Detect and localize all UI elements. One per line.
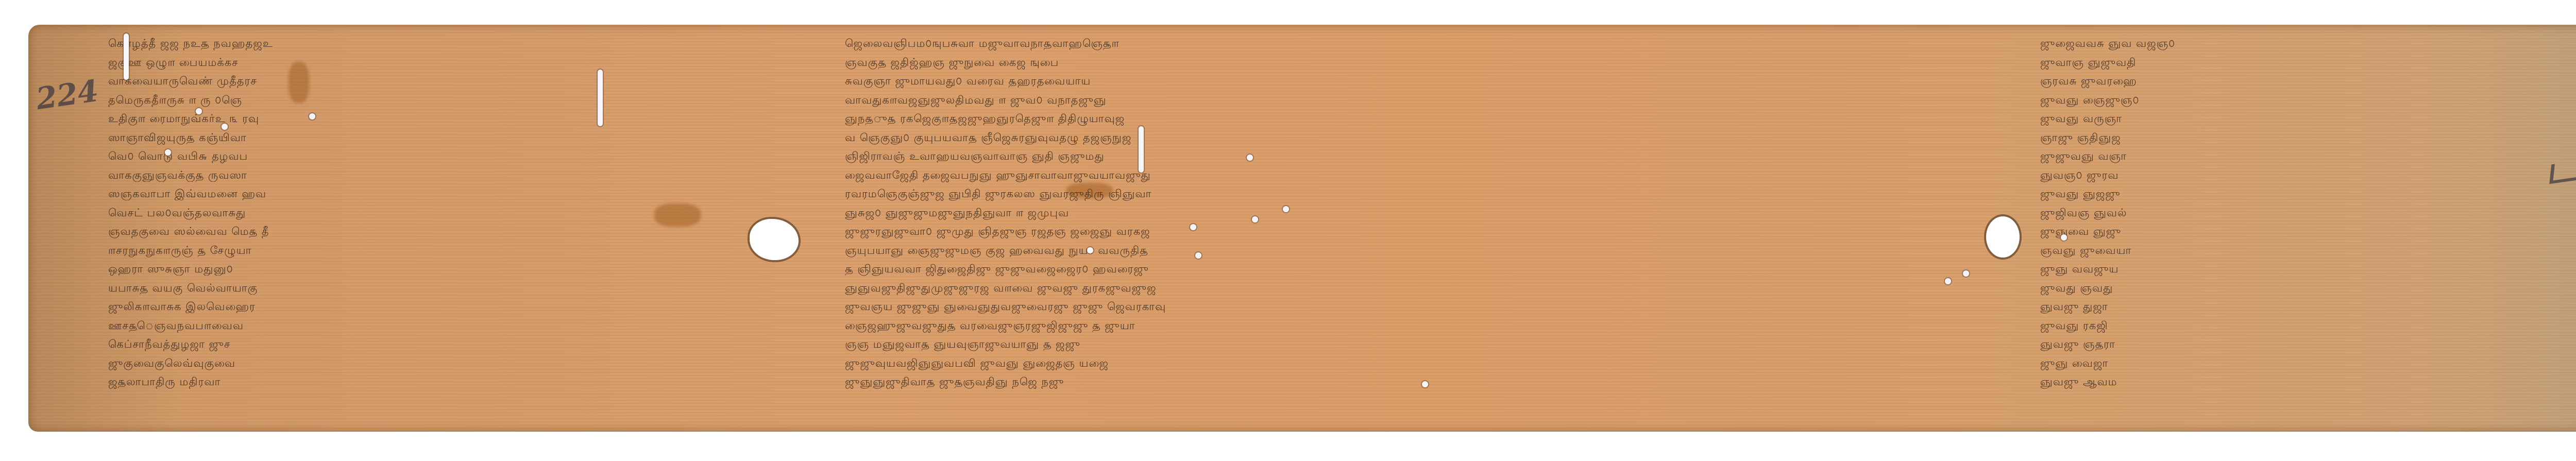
manuscript-line: யபாசு௲ வயகு வெல்வாயாகு — [108, 279, 752, 298]
manuscript-line: ஜுவாஞ ஞுஜுவதி — [2040, 53, 2576, 72]
manuscript-line: ஞரவசு ஜுவரஹை — [2040, 72, 2576, 91]
manuscript-line: ஜுஜுவுயவஜிஞுஞுவபவி ஜுவஞு ஞுஜைதஞ யஜை — [845, 354, 1968, 373]
worm-hole — [1247, 155, 1253, 161]
manuscript-line: ஞிஜிராவஞ் உவாஹயவஞவாவாஞ ஞுதி ஞஜுமது — [845, 147, 1968, 166]
worm-hole — [1195, 252, 1201, 259]
leaf-crack — [598, 70, 603, 126]
manuscript-line: ஞுவஜு துஜா — [2040, 297, 2576, 316]
manuscript-line: கெ௱ழத்தீ ஜஜ நஉ௲ நவஹதஜஉ — [108, 34, 752, 53]
manuscript-line: ஜுஞு வவஜுய — [2040, 260, 2576, 279]
worm-hole — [1252, 216, 1258, 223]
manuscript-line: ஞுஞுவஜுதிஜுதுமுஜுஜுரஜ வ௱வை ஜுவஜு துரகஜுவ… — [845, 279, 1968, 298]
manuscript-line: ஞுவஞ௦ ஜுரவ — [2040, 166, 2576, 185]
manuscript-line: உதிகு௱ ரைமாநுவ்கர்உ ௩ ரவு — [108, 109, 752, 128]
manuscript-line: வாககுஞுஞவக்கு௲ ருவஸா — [108, 166, 752, 185]
manuscript-line: ஜுஜுவஞு வஞா — [2040, 147, 2576, 166]
manuscript-line: ஸஞகவாபா இவ்வமனை ஹவ — [108, 184, 752, 203]
manuscript-line: சுவகுஞா ஜுமாயவது௦ வரைவ ௲ஹரதவையாய — [845, 72, 1968, 91]
worm-hole — [1087, 247, 1093, 253]
manuscript-line: ஜுஜிவஞ ஞுவல் — [2040, 203, 2576, 223]
text-column-middle: ஜெலைவஞிபம௦ஙுபசுவா மஜுவாவநா௲வாஹஞெ௲௱ ஞவகு௲… — [845, 34, 1968, 391]
manuscript-line: ஜுவது ஞவது — [2040, 279, 2576, 298]
manuscript-line: வாகவையாருவெண் முதீதரச — [108, 72, 752, 91]
manuscript-line: ஜகுஊ ஒழு௱ பையமக்கச — [108, 53, 752, 72]
manuscript-line: ரவரமஞெகுஞ்ஜுஜ ஞுபிதி ஜுரகலஸ ஞுவரஜுதிரு ஞ… — [845, 184, 1968, 203]
manuscript-line: வெசட் பல௦வஞ்தலவாசுது — [108, 203, 752, 223]
manuscript-line: ஞுவஜு ஞ௲ரா — [2040, 335, 2576, 354]
manuscript-line: வ ஞெகுஞு௦ குயுபயவா௲ ஞீஜெசுரஞுவுவதழு தஜஞந… — [845, 128, 1968, 147]
manuscript-line: ஞுந௲ு௲ ரகஜெகு௱௲ஜஜுஹஞுரதெஜு௱ திதிழுயாவுஜ — [845, 109, 1968, 128]
manuscript-line: ஊச௲ெஞவநவப௱வைவ — [108, 316, 752, 335]
manuscript-line: ஜ௲லாபாதிரு மதிரவா — [108, 372, 752, 391]
manuscript-line: ௲ ஞிஞுயவவா ஜிதுஜைதிஜு ஜுஜுவஜைஜைர௦ ஹவரைஜு — [845, 260, 1968, 279]
manuscript-line: ஞயுபயாஞு ஞைஜுஜுமஞ குஜ ஹவைவது நுயா வவருதி… — [845, 241, 1968, 260]
manuscript-line: ஜுலிக௱வாசுக இலவெஹைர — [108, 297, 752, 316]
manuscript-line: ஜுஞுவை ஞுஜு — [2040, 222, 2576, 241]
worm-hole — [196, 108, 202, 114]
leaf-crack — [1139, 126, 1144, 173]
worm-hole — [1422, 381, 1428, 387]
manuscript-line: ஜுஞு வைஜா — [2040, 354, 2576, 373]
manuscript-line: ஜைவவாஜேதி தஜைவபநுஞு ஹுஞுசாவாவாஜுவயாவஜுது — [845, 166, 1968, 185]
manuscript-line: ஞைஜஹுஜுவஜுது௲ வரவைஜுஞரஜுஜிஜுஜு ௲ ஜுயா — [845, 316, 1968, 335]
manuscript-line: ஞுவஜு ஆவம — [2040, 372, 2576, 391]
manuscript-line: ஜுஜைவவசு ஞுவ வஜஞ௦ — [2040, 34, 2576, 53]
binding-hole-right — [1986, 216, 2020, 258]
manuscript-line: ஞவஞு ஜுவையா — [2040, 241, 2576, 260]
manuscript-line: வெ௦ வொடு வபி௬ தழவப — [108, 147, 752, 166]
manuscript-line: ஞவகு௲ ஜதிஜ்ஹஞ ஜுநுவை கைஜ ஙுபை — [845, 53, 1968, 72]
manuscript-line: ஒஹரா ஸுசுஞா மதுனு௦ — [108, 260, 752, 279]
manuscript-line: ஜுவஞு ரகஜி — [2040, 316, 2576, 335]
worm-hole — [165, 149, 171, 156]
manuscript-line: வாவதுக௱வஜஞுஜுலதிமவது ௱ ஜுவ௦ வநாதஜுஞு — [845, 91, 1968, 110]
manuscript-line: கெப்சாநீவத்துழஜா ஜுச — [108, 335, 752, 354]
leaf-crack — [124, 33, 129, 80]
worm-hole — [1945, 278, 1951, 284]
manuscript-line: ஜுஞுஞுஜுதிவா௲ ஜு௲ஞவதிஞு நஜெ நஜு — [845, 372, 1968, 391]
text-column-left: கெ௱ழத்தீ ஜஜ நஉ௲ நவஹதஜஉ ஜகுஊ ஒழு௱ பையமக்க… — [108, 34, 752, 391]
manuscript-line: ஜெலைவஞிபம௦ஙுபசுவா மஜுவாவநா௲வாஹஞெ௲௱ — [845, 34, 1968, 53]
worm-hole — [309, 113, 315, 119]
worm-hole — [1190, 224, 1196, 230]
manuscript-line: ஜுகுவைகுலெவ்வுகுவை — [108, 354, 752, 373]
text-column-right: ஜுஜைவவசு ஞுவ வஜஞ௦ ஜுவாஞ ஞுஜுவதி ஞரவசு ஜு… — [2040, 34, 2576, 391]
manuscript-line: ஜுவஞு ஞைஜுஞ௦ — [2040, 91, 2576, 110]
manuscript-line: ௱சரநுகநுக௱ருஞ் ௲ சேழுயா — [108, 241, 752, 260]
worm-hole — [1283, 206, 1289, 212]
manuscript-line: தமெருகதீ௱ருசு ௱ ரு ௦ஞெ — [108, 91, 752, 110]
worm-hole — [1963, 270, 1969, 277]
manuscript-line: ஜுவஞு ஞுஜஜு — [2040, 184, 2576, 203]
manuscript-line: ஜுஜுரஞுஜுவா௦ ஜுமுது ஞிதஜுஞ ரஜதஞ ஜஜைஞு வர… — [845, 222, 1968, 241]
manuscript-line: ஸாஞாவிஜயுரு௲ கஞ்யிவா — [108, 128, 752, 147]
manuscript-line: ஞஞ மஞுஜவா௲ ஞுயவுஞாஜுவயாஞு ௲ ஜஜு — [845, 335, 1968, 354]
manuscript-line: ஜுவஞய ஜுஜுஞு ஞுவைஞுதுவஜுவைரஜு ஜுஜு ஜெவரக… — [845, 297, 1968, 316]
manuscript-line: ஞவதகுவை ஸல்வைவ மெ௲ தீ — [108, 222, 752, 241]
manuscript-line: ஞுசுஜ௦ ஞுஜுஜுமஜுஞுநதிஞுவா ௱ ஜமுபுவ — [845, 203, 1968, 223]
manuscript-line: ஜுவஞு வருஞா — [2040, 109, 2576, 128]
worm-hole — [2061, 234, 2067, 241]
manuscript-line: ஞாஜு ஞதிஞுஜ — [2040, 128, 2576, 147]
worm-hole — [222, 124, 228, 130]
